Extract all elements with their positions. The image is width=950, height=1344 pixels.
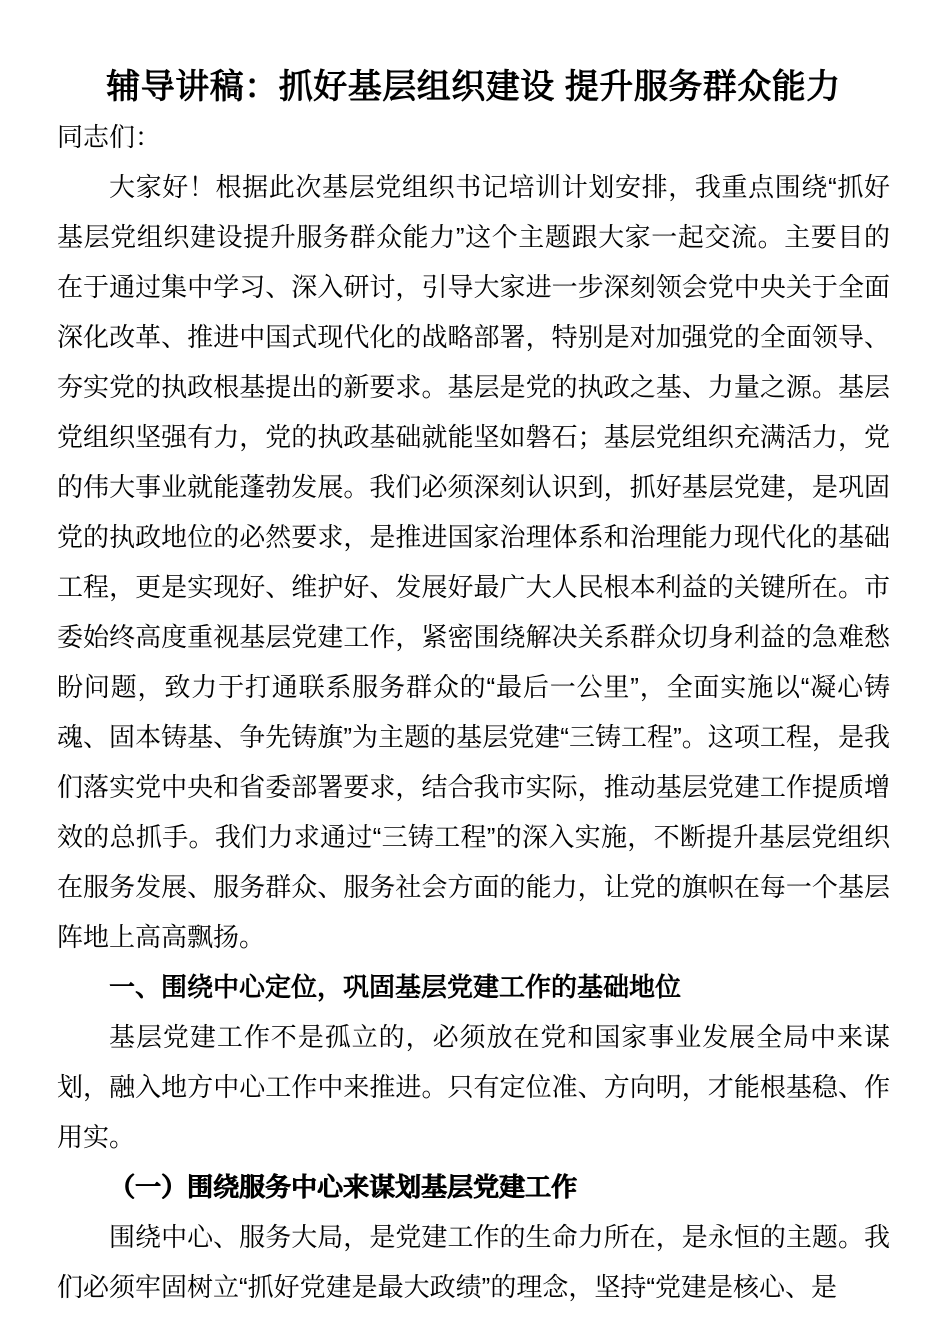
body-paragraph-intro: 大家好！根据此次基层党组织书记培训计划安排，我重点围绕“抓好基层党组织建设提升服…: [57, 162, 890, 962]
document-page: 辅导讲稿：抓好基层组织建设 提升服务群众能力 同志们： 大家好！根据此次基层党组…: [0, 0, 950, 1344]
document-title: 辅导讲稿：抓好基层组织建设 提升服务群众能力: [57, 64, 890, 110]
subsection-heading-1-1: （一）围绕服务中心来谋划基层党建工作: [57, 1162, 890, 1212]
body-paragraph-subsection-1-1: 围绕中心、服务大局，是党建工作的生命力所在，是永恒的主题。我们必须牢固树立“抓好…: [57, 1212, 890, 1312]
section-heading-1: 一、围绕中心定位，巩固基层党建工作的基础地位: [57, 962, 890, 1012]
body-paragraph-section-1: 基层党建工作不是孤立的，必须放在党和国家事业发展全局中来谋划，融入地方中心工作中…: [57, 1012, 890, 1162]
salutation-line: 同志们：: [57, 112, 890, 162]
